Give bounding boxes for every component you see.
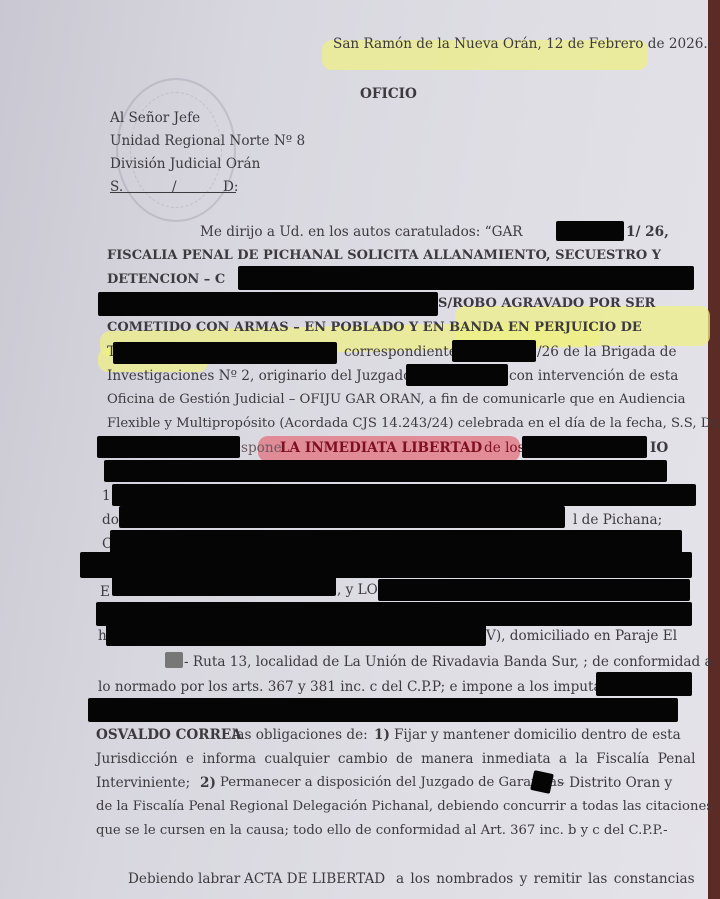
body-line-9: Flexible y Multipropósito (Acordada CJS …	[107, 416, 720, 431]
body-line-27b: ACTA DE LIBERTAD	[244, 871, 385, 887]
body-line-10d: IO	[650, 440, 668, 456]
redaction	[88, 698, 678, 722]
redaction	[119, 506, 565, 528]
body-line-24b: 2)	[200, 775, 216, 791]
redaction	[406, 364, 508, 386]
redaction	[556, 221, 624, 241]
redaction	[96, 602, 692, 626]
redaction	[97, 436, 240, 458]
body-line-13b: l de Pichana;	[573, 512, 662, 528]
body-line-12a: 1	[102, 488, 111, 504]
addressee-line-3: División Judicial Orán	[110, 156, 260, 172]
body-line-7a: Investigaciones Nº 2, originario del Juz…	[107, 368, 432, 384]
addressee-line-1: Al Señor Jefe	[110, 110, 200, 126]
body-line-22a: OSVALDO CORREA	[96, 727, 242, 743]
body-line-4a: S/ROBO AGRAVADO POR SER	[438, 296, 655, 311]
document-title: OFICIO	[360, 86, 417, 102]
redaction	[106, 624, 486, 646]
redaction	[113, 342, 337, 364]
redaction	[530, 770, 554, 794]
body-line-6c: /26 de la Brigada de	[537, 344, 677, 360]
body-line-6b: correspondiente a	[344, 344, 469, 360]
body-line-24a: Interviniente;	[96, 775, 190, 791]
redaction	[112, 484, 696, 506]
redaction	[98, 292, 438, 316]
body-line-16a: E	[100, 584, 110, 600]
document-page: San Ramón de la Nueva Orán, 12 de Febrer…	[0, 0, 708, 899]
addressee-line-2: Unidad Regional Norte Nº 8	[110, 133, 305, 149]
body-line-25: de la Fiscalía Penal Regional Delegación…	[96, 799, 713, 814]
redaction	[378, 579, 690, 601]
body-line-10a: spone	[241, 440, 282, 456]
redaction	[80, 552, 692, 578]
redaction	[104, 460, 667, 482]
official-stamp	[116, 78, 236, 222]
body-line-13a: do	[102, 512, 119, 528]
redaction	[452, 340, 536, 362]
body-line-26: que se le cursen en la causa; todo ello …	[96, 823, 668, 838]
body-line-10c: de los	[484, 440, 525, 456]
body-line-1b: 1/ 26,	[626, 224, 669, 240]
body-line-19: - Ruta 13, localidad de La Unión de Riva…	[184, 654, 713, 670]
body-line-5: COMETIDO CON ARMAS – EN POBLADO Y EN BAN…	[107, 320, 642, 335]
body-line-22c: 1)	[374, 727, 390, 743]
redaction	[522, 436, 647, 458]
body-line-2: FISCALIA PENAL DE PICHANAL SOLICITA ALLA…	[107, 248, 661, 263]
body-line-18b: V), domiciliado en Paraje El	[486, 628, 677, 644]
body-line-7b: con intervención de esta	[509, 368, 678, 384]
body-line-23: Jurisdicción e informa cualquier cambio …	[96, 751, 696, 767]
body-line-3a: DETENCION – C	[107, 272, 225, 287]
body-line-24d: – Distrito Oran y	[558, 775, 672, 791]
body-line-10b-text: LA INMEDIATA LIBERTAD	[280, 440, 482, 456]
body-line-27a: Debiendo labrar	[128, 871, 240, 887]
date-line: San Ramón de la Nueva Orán, 12 de Febrer…	[333, 36, 712, 52]
body-line-24c: Permanecer a disposición del Juzgado de …	[220, 775, 564, 790]
redaction	[596, 672, 692, 696]
redaction	[110, 530, 682, 554]
redaction	[112, 576, 336, 596]
body-line-16b: , y LO	[337, 582, 378, 598]
body-line-22d: Fijar y mantener domicilio dentro de est…	[394, 727, 681, 743]
redaction	[238, 266, 694, 290]
body-line-1a: Me dirijo a Ud. en los autos caratulados…	[200, 224, 523, 240]
body-line-20: lo normado por los arts. 367 y 381 inc. …	[98, 679, 625, 695]
body-line-22b: las obligaciones de:	[232, 727, 368, 743]
body-line-8: Oficina de Gestión Judicial – OFIJU GAR …	[107, 392, 685, 407]
redaction-grey	[165, 652, 183, 668]
body-line-27c: a los nombrados y remitir las constancia…	[396, 871, 695, 887]
sd-underline	[110, 192, 236, 193]
